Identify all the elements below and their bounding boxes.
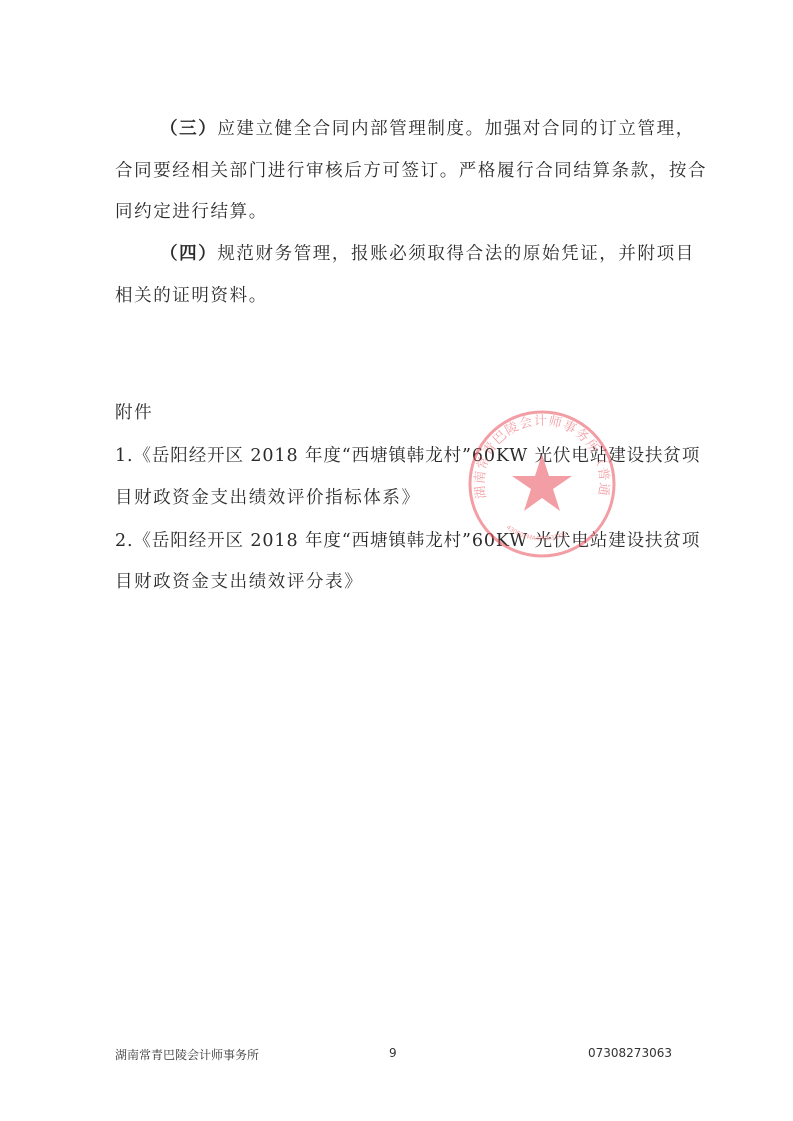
paragraph-4-line-2: 相关的证明资料。 [115, 284, 690, 308]
footer-page-number: 9 [389, 1046, 397, 1060]
paragraph-4-heading: （四） [160, 244, 217, 264]
paragraph-3-line-2: 合同要经相关部门进行审核后方可签订。严格履行合同结算条款，按合 [115, 159, 690, 183]
footer-firm-name: 湖南常青巴陵会计师事务所 [115, 1046, 259, 1063]
star-icon [512, 454, 572, 511]
attachment-item-2-line-2: 目财政资金支出绩效评分表》 [115, 570, 690, 594]
paragraph-3-line-1: （三）应建立健全合同内部管理制度。加强对合同的订立管理， [160, 117, 690, 141]
paragraph-4-line-1: （四）规范财务管理，报账必须取得合法的原始凭证，并附项目 [160, 242, 690, 266]
stamp-code: 430602MA4PRE31XG [505, 524, 568, 543]
footer-phone: 07308273063 [588, 1046, 672, 1060]
paragraph-3-heading: （三） [160, 119, 217, 139]
svg-text:430602MA4PRE31XG: 430602MA4PRE31XG [505, 524, 568, 543]
company-seal-stamp: 湖南常青巴陵会计师事务所（普通合伙） 430602MA4PRE31XG [466, 408, 618, 560]
paragraph-3-line-3: 同约定进行结算。 [115, 200, 690, 224]
